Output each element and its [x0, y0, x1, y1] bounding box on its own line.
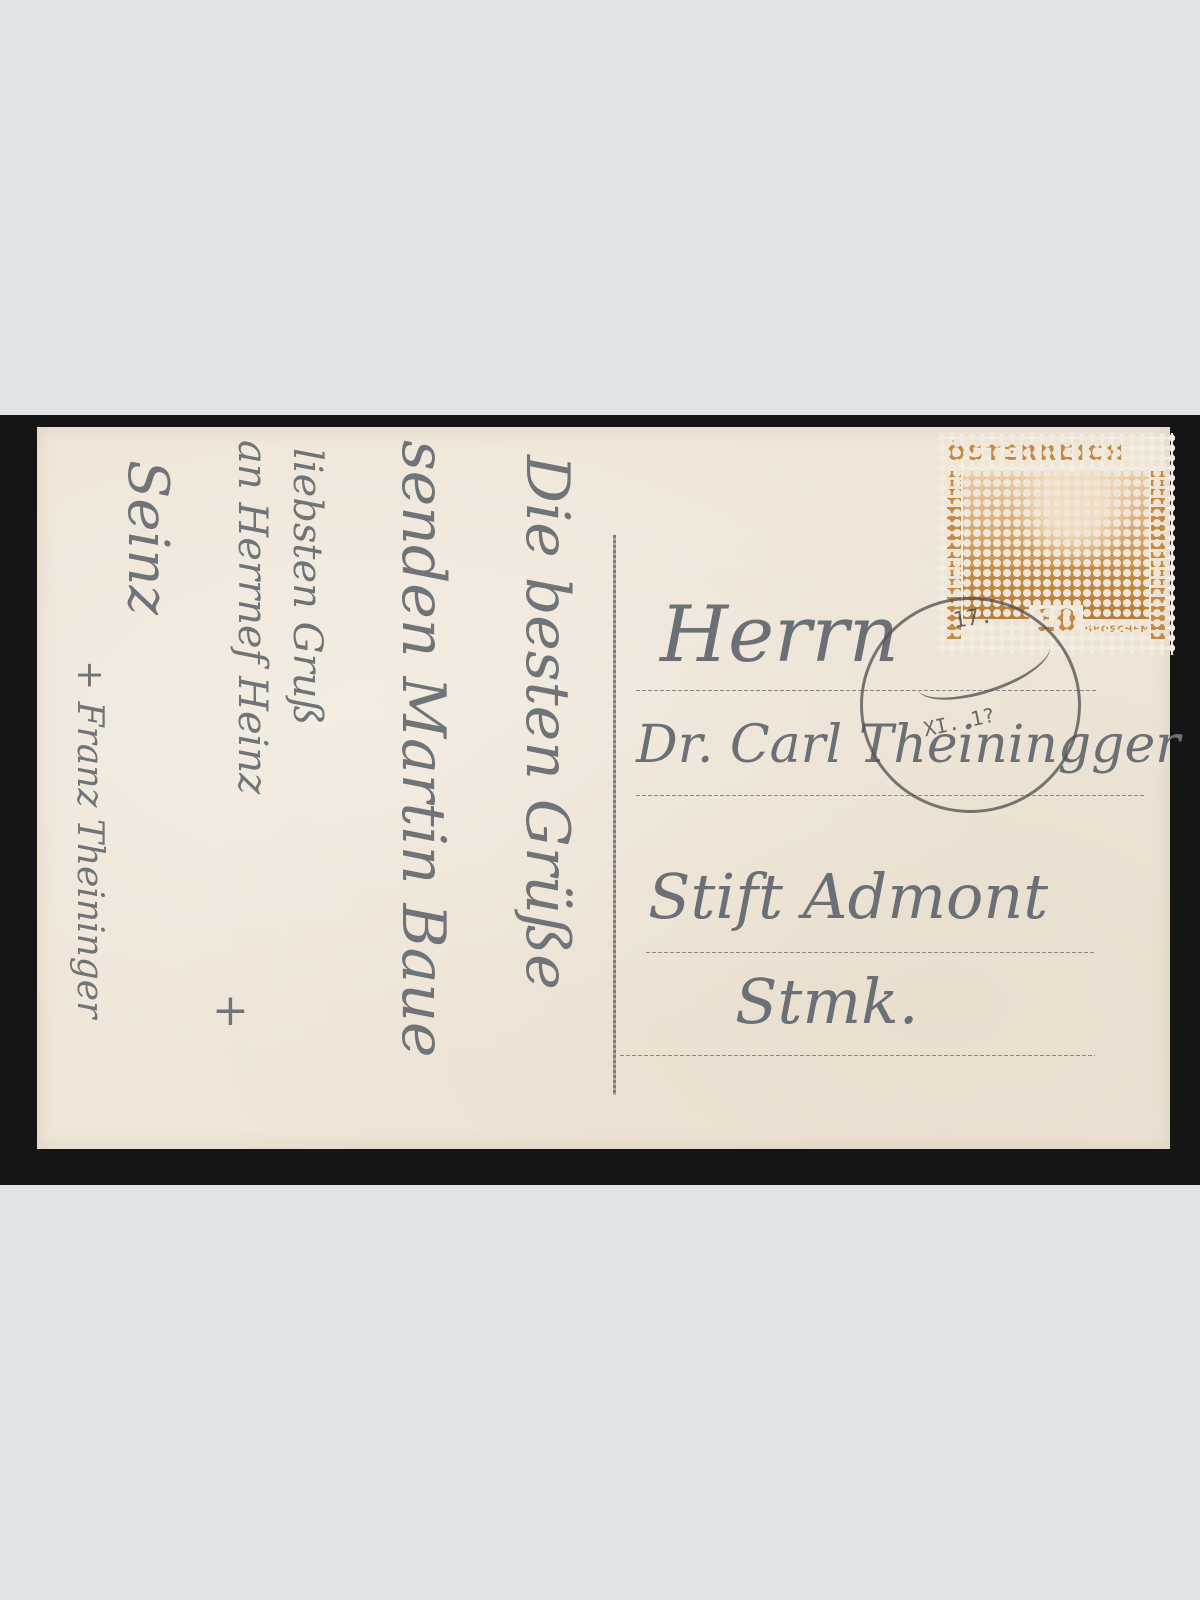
address-region: Stmk.	[735, 965, 918, 1038]
message-line-3: liebsten Gruß	[284, 448, 330, 725]
postmark-text: 17.	[951, 603, 994, 633]
postmark-cancel: 17. XI. 1?	[860, 597, 1081, 813]
address-recipient-title: Herrn	[660, 590, 899, 680]
stamp-border-right	[1151, 471, 1165, 639]
message-line-1: Die besten Grüße	[512, 455, 582, 990]
address-line-rule-4	[620, 1055, 1095, 1056]
stamp-castle-image	[963, 471, 1149, 619]
postmark-date: XI. 1?	[921, 703, 997, 741]
center-divider	[613, 535, 616, 1095]
address-line-rule-2	[636, 795, 1146, 796]
message-signature: + Franz Theininger	[69, 660, 110, 1018]
stamp-currency: GROSCHEN	[1085, 625, 1149, 635]
address-line-rule-3	[646, 952, 1096, 953]
postmark-inner-arc	[908, 620, 1058, 714]
message-line-4: an Herrnef Heinz	[229, 440, 275, 794]
message-line-5: Seinz	[115, 460, 180, 615]
stamp-country: ÖSTERREICH	[947, 441, 1165, 465]
message-cross: +	[212, 985, 249, 1036]
address-street: Stift Admont	[648, 860, 1048, 933]
message-line-2: senden Martin Baue	[388, 440, 458, 1058]
